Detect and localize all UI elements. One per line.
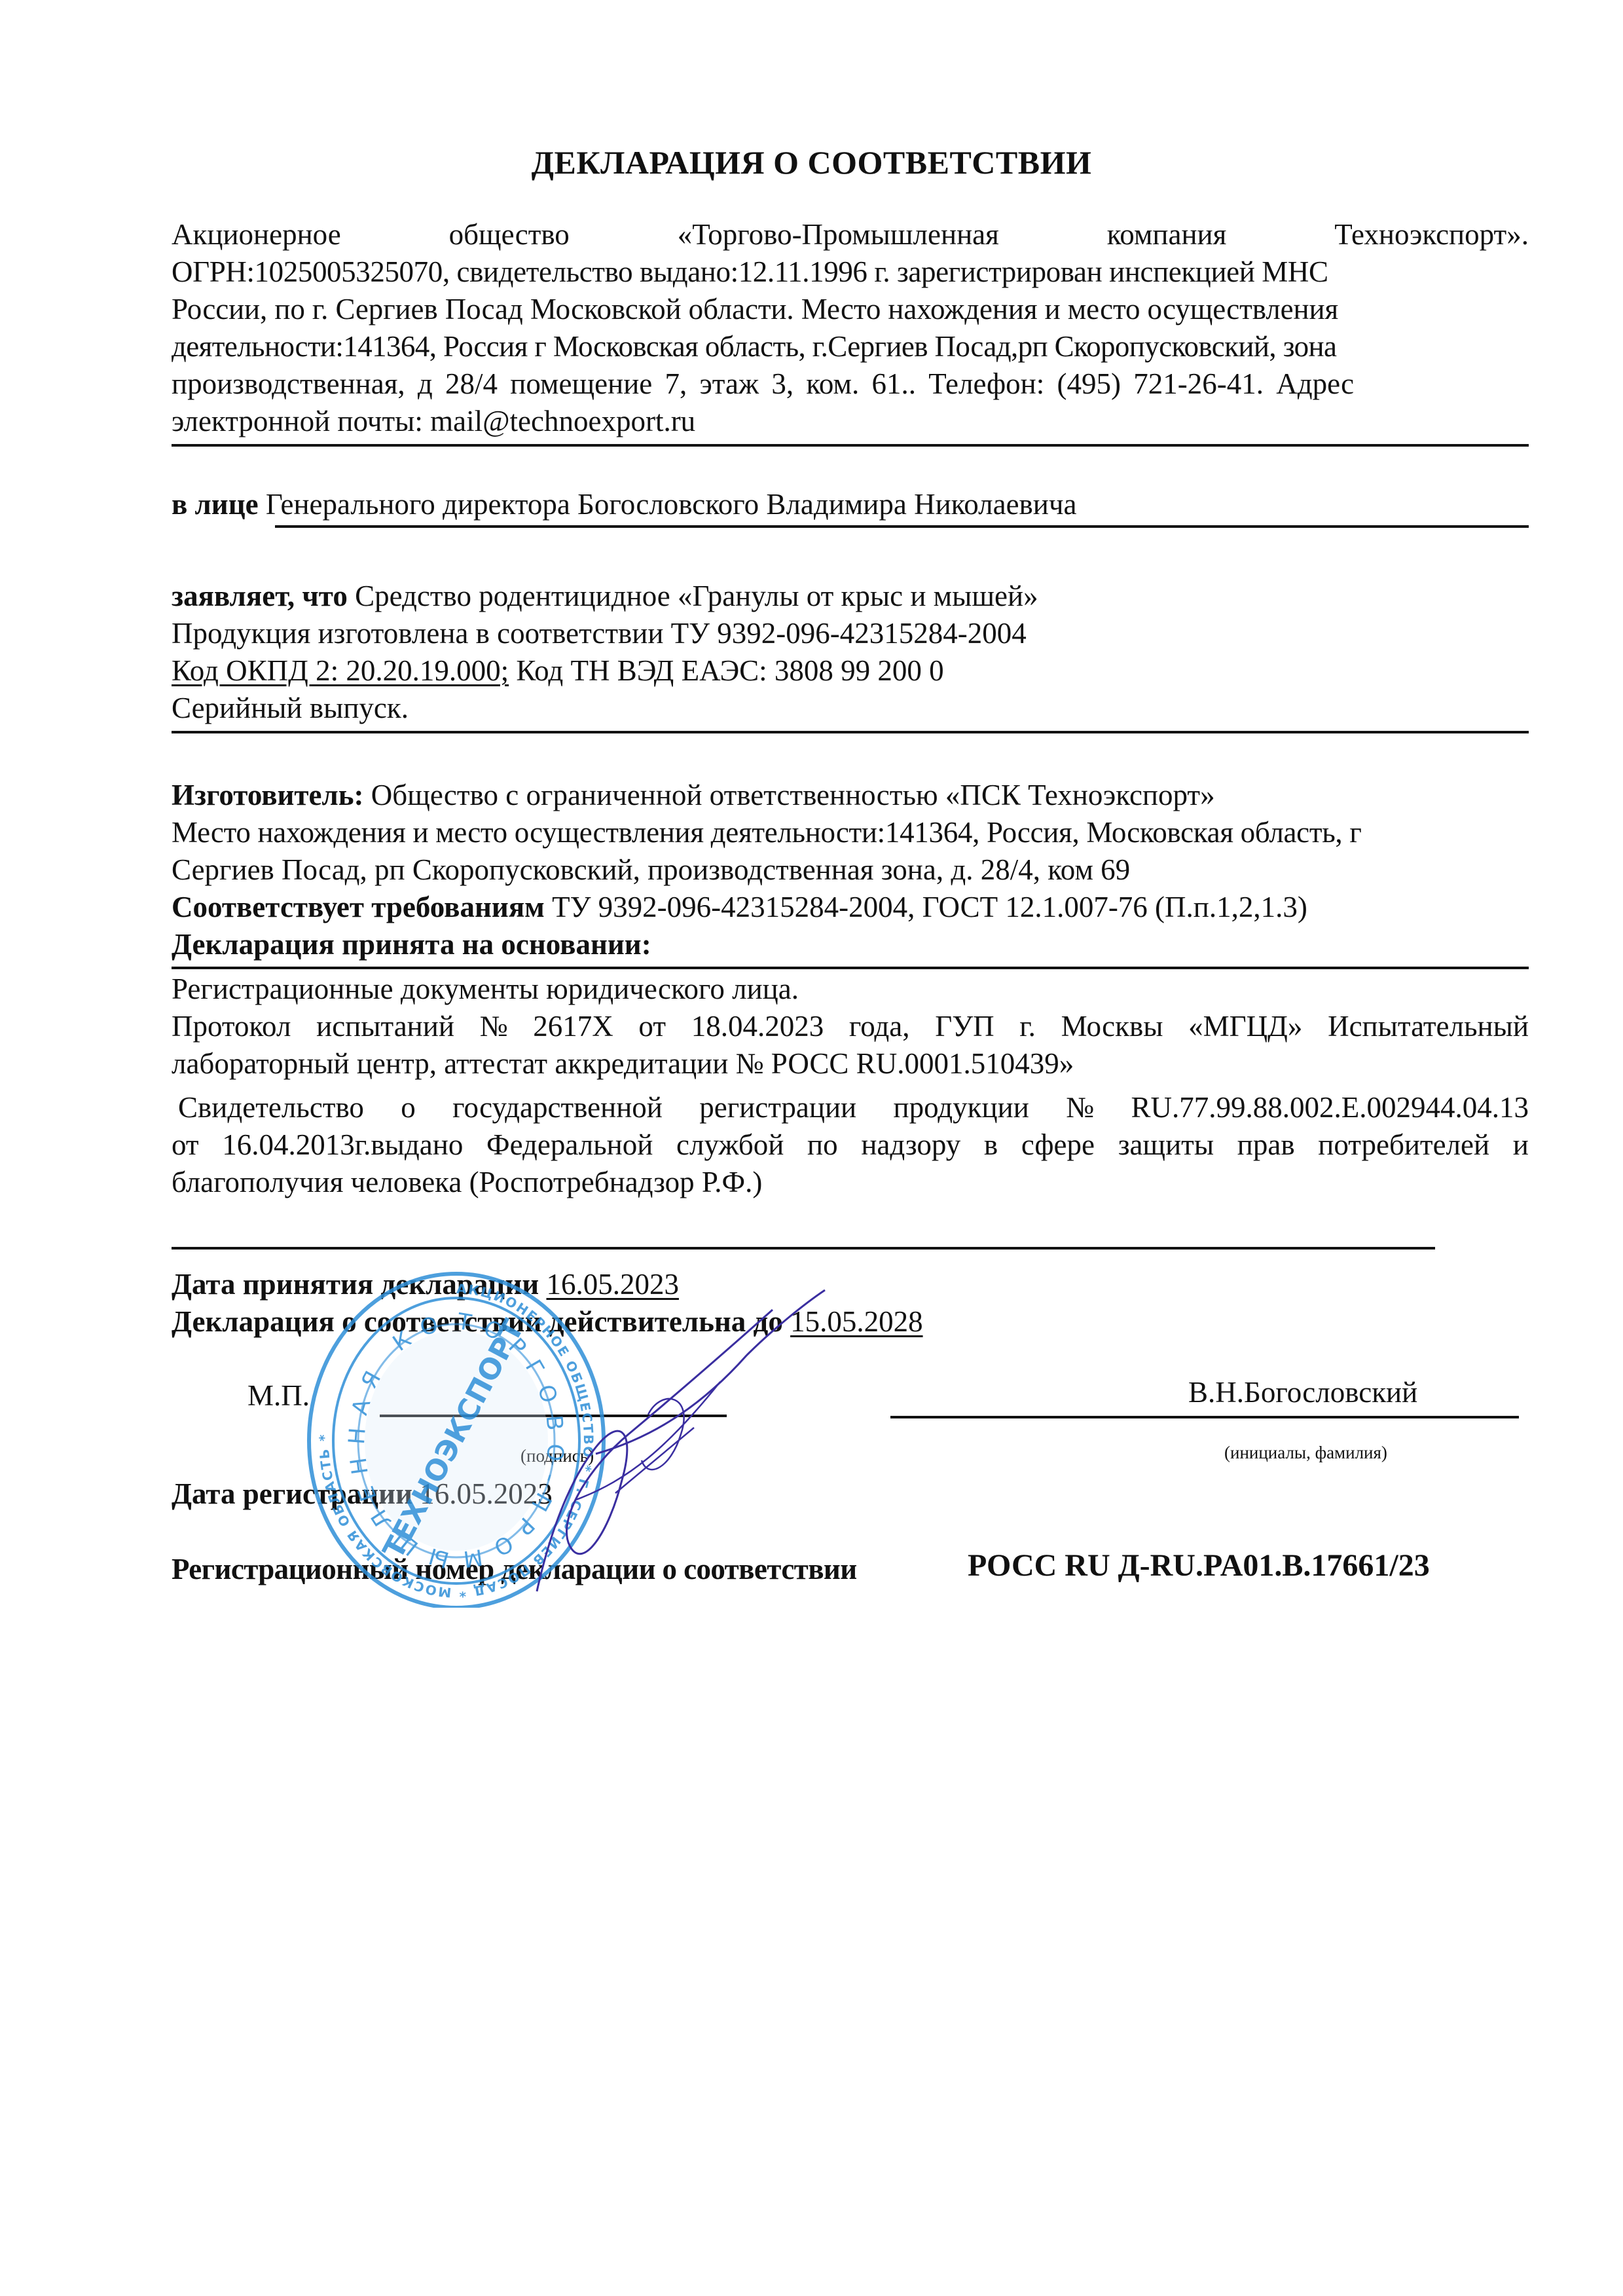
word: о [401,1089,416,1126]
manufacturer-name: Общество с ограниченной ответственностью… [371,779,1215,811]
basis-item-3-line-1: Свидетельство о государственной регистра… [178,1089,1529,1126]
signer-caption: (инициалы, фамилия) [1224,1434,1387,1471]
requirements-value: ТУ 9392-096-42315284-2004, ГОСТ 12.1.007… [552,891,1307,923]
registration-number: РОСС RU Д-RU.PA01.B.17661/23 [968,1547,1430,1584]
word: «МГЦД» [1188,1008,1302,1045]
word: потребителей [1318,1126,1489,1163]
represented-by-value: Генерального директора Богословского Вла… [266,488,1077,521]
word: регистрации [699,1089,856,1126]
seal-label: М.П. [247,1377,310,1414]
manufactured-per: Продукция изготовлена в соответствии ТУ … [172,615,1027,652]
declares-label: заявляет, что [172,580,348,612]
divider [275,525,1529,528]
word: ГУП [935,1008,994,1045]
word: 2617Х [533,1008,613,1045]
word: надзору [861,1126,960,1163]
word: от [172,1126,199,1163]
word: г. [1019,1008,1036,1045]
manufacturer: Изготовитель: Общество с ограниченной от… [172,777,1215,813]
basis-item-3-line-2: от 16.04.2013г.выдано Федеральной службо… [172,1126,1529,1163]
signer-name-line [890,1416,1519,1418]
applicant-ogrn: ОГРН:1025005325070, свидетельство выдано… [172,253,1328,290]
word: Акционерное [172,216,341,253]
document-title: ДЕКЛАРАЦИЯ О СООТВЕТСТВИИ [0,143,1623,182]
word: RU.77.99.88.002.Е.002944.04.13 [1131,1089,1529,1126]
word: года, [849,1008,910,1045]
word: службой [676,1126,784,1163]
word: по [807,1126,838,1163]
word: продукции [894,1089,1029,1126]
word: государственной [452,1089,663,1126]
word: от [638,1008,666,1045]
basis-label: Декларация принята на основании: [172,926,651,963]
word: прав [1237,1126,1295,1163]
applicant-line-1: Акционерное общество «Торгово-Промышленн… [172,216,1529,253]
requirements: Соответствует требованиям ТУ 9392-096-42… [172,889,1307,925]
represented-by: в лице Генерального директора Богословск… [172,486,1077,523]
basis-item-3-line-3: благополучия человека (Роспотребнадзор Р… [172,1164,762,1200]
word: Свидетельство [178,1089,364,1126]
word: защиты [1118,1126,1214,1163]
requirements-label: Соответствует требованиям [172,891,545,923]
declaration-page: ДЕКЛАРАЦИЯ О СООТВЕТСТВИИ Акционерное об… [0,0,1623,2296]
basis-item-1: Регистрационные документы юридического л… [172,971,799,1007]
word: Испытательный [1328,1008,1529,1045]
word: общество [449,216,570,253]
word: № [1066,1089,1094,1126]
word: сфере [1021,1126,1095,1163]
manufacturer-label: Изготовитель: [172,779,364,811]
okpd-code: Код ОКПД 2: 20.20.19.000; [172,654,509,687]
product-codes: Код ОКПД 2: 20.20.19.000; Код ТН ВЭД ЕАЭ… [172,652,944,689]
divider [172,967,1529,969]
divider [172,1247,1435,1250]
word: Федеральной [486,1126,653,1163]
applicant-address: деятельности:141364, Россия г Московская… [172,328,1336,365]
word: Москвы [1061,1008,1163,1045]
word: Протокол [172,1008,291,1045]
word: компания [1107,216,1227,253]
product-name: Средство родентицидное «Гранулы от крыс … [355,580,1038,612]
applicant-phone: производственная, д 28/4 помещение 7, эт… [172,365,1354,402]
word: Техноэкспорт». [1334,216,1529,253]
word: № [480,1008,508,1045]
basis-item-2-line-2: лабораторный центр, аттестат аккредитаци… [172,1045,1074,1082]
handwritten-signature-icon [498,1284,838,1611]
manufacturer-address-2: Сергиев Посад, рп Скоропусковский, произ… [172,851,1130,888]
signer-name: В.Н.Богословский [1188,1374,1417,1411]
production-type: Серийный выпуск. [172,690,409,726]
word: и [1513,1126,1529,1163]
word: испытаний [316,1008,454,1045]
applicant-email: электронной почты: mail@technoexport.ru [172,403,695,439]
represented-by-label: в лице [172,488,259,521]
basis-item-2-line-1: Протокол испытаний № 2617Х от 18.04.2023… [172,1008,1529,1045]
word: 18.04.2023 [691,1008,824,1045]
applicant-line-3: России, по г. Сергиев Посад Московской о… [172,291,1338,327]
word: «Торгово-Промышленная [678,216,999,253]
word: в [984,1126,998,1163]
declares-product: заявляет, что Средство родентицидное «Гр… [172,578,1038,614]
word: 16.04.2013г.выдано [222,1126,463,1163]
manufacturer-address-1: Место нахождения и место осуществления д… [172,814,1362,851]
tnved-code: Код ТН ВЭД ЕАЭС: 3808 99 200 0 [509,654,944,687]
divider [172,444,1529,447]
divider [172,731,1529,733]
